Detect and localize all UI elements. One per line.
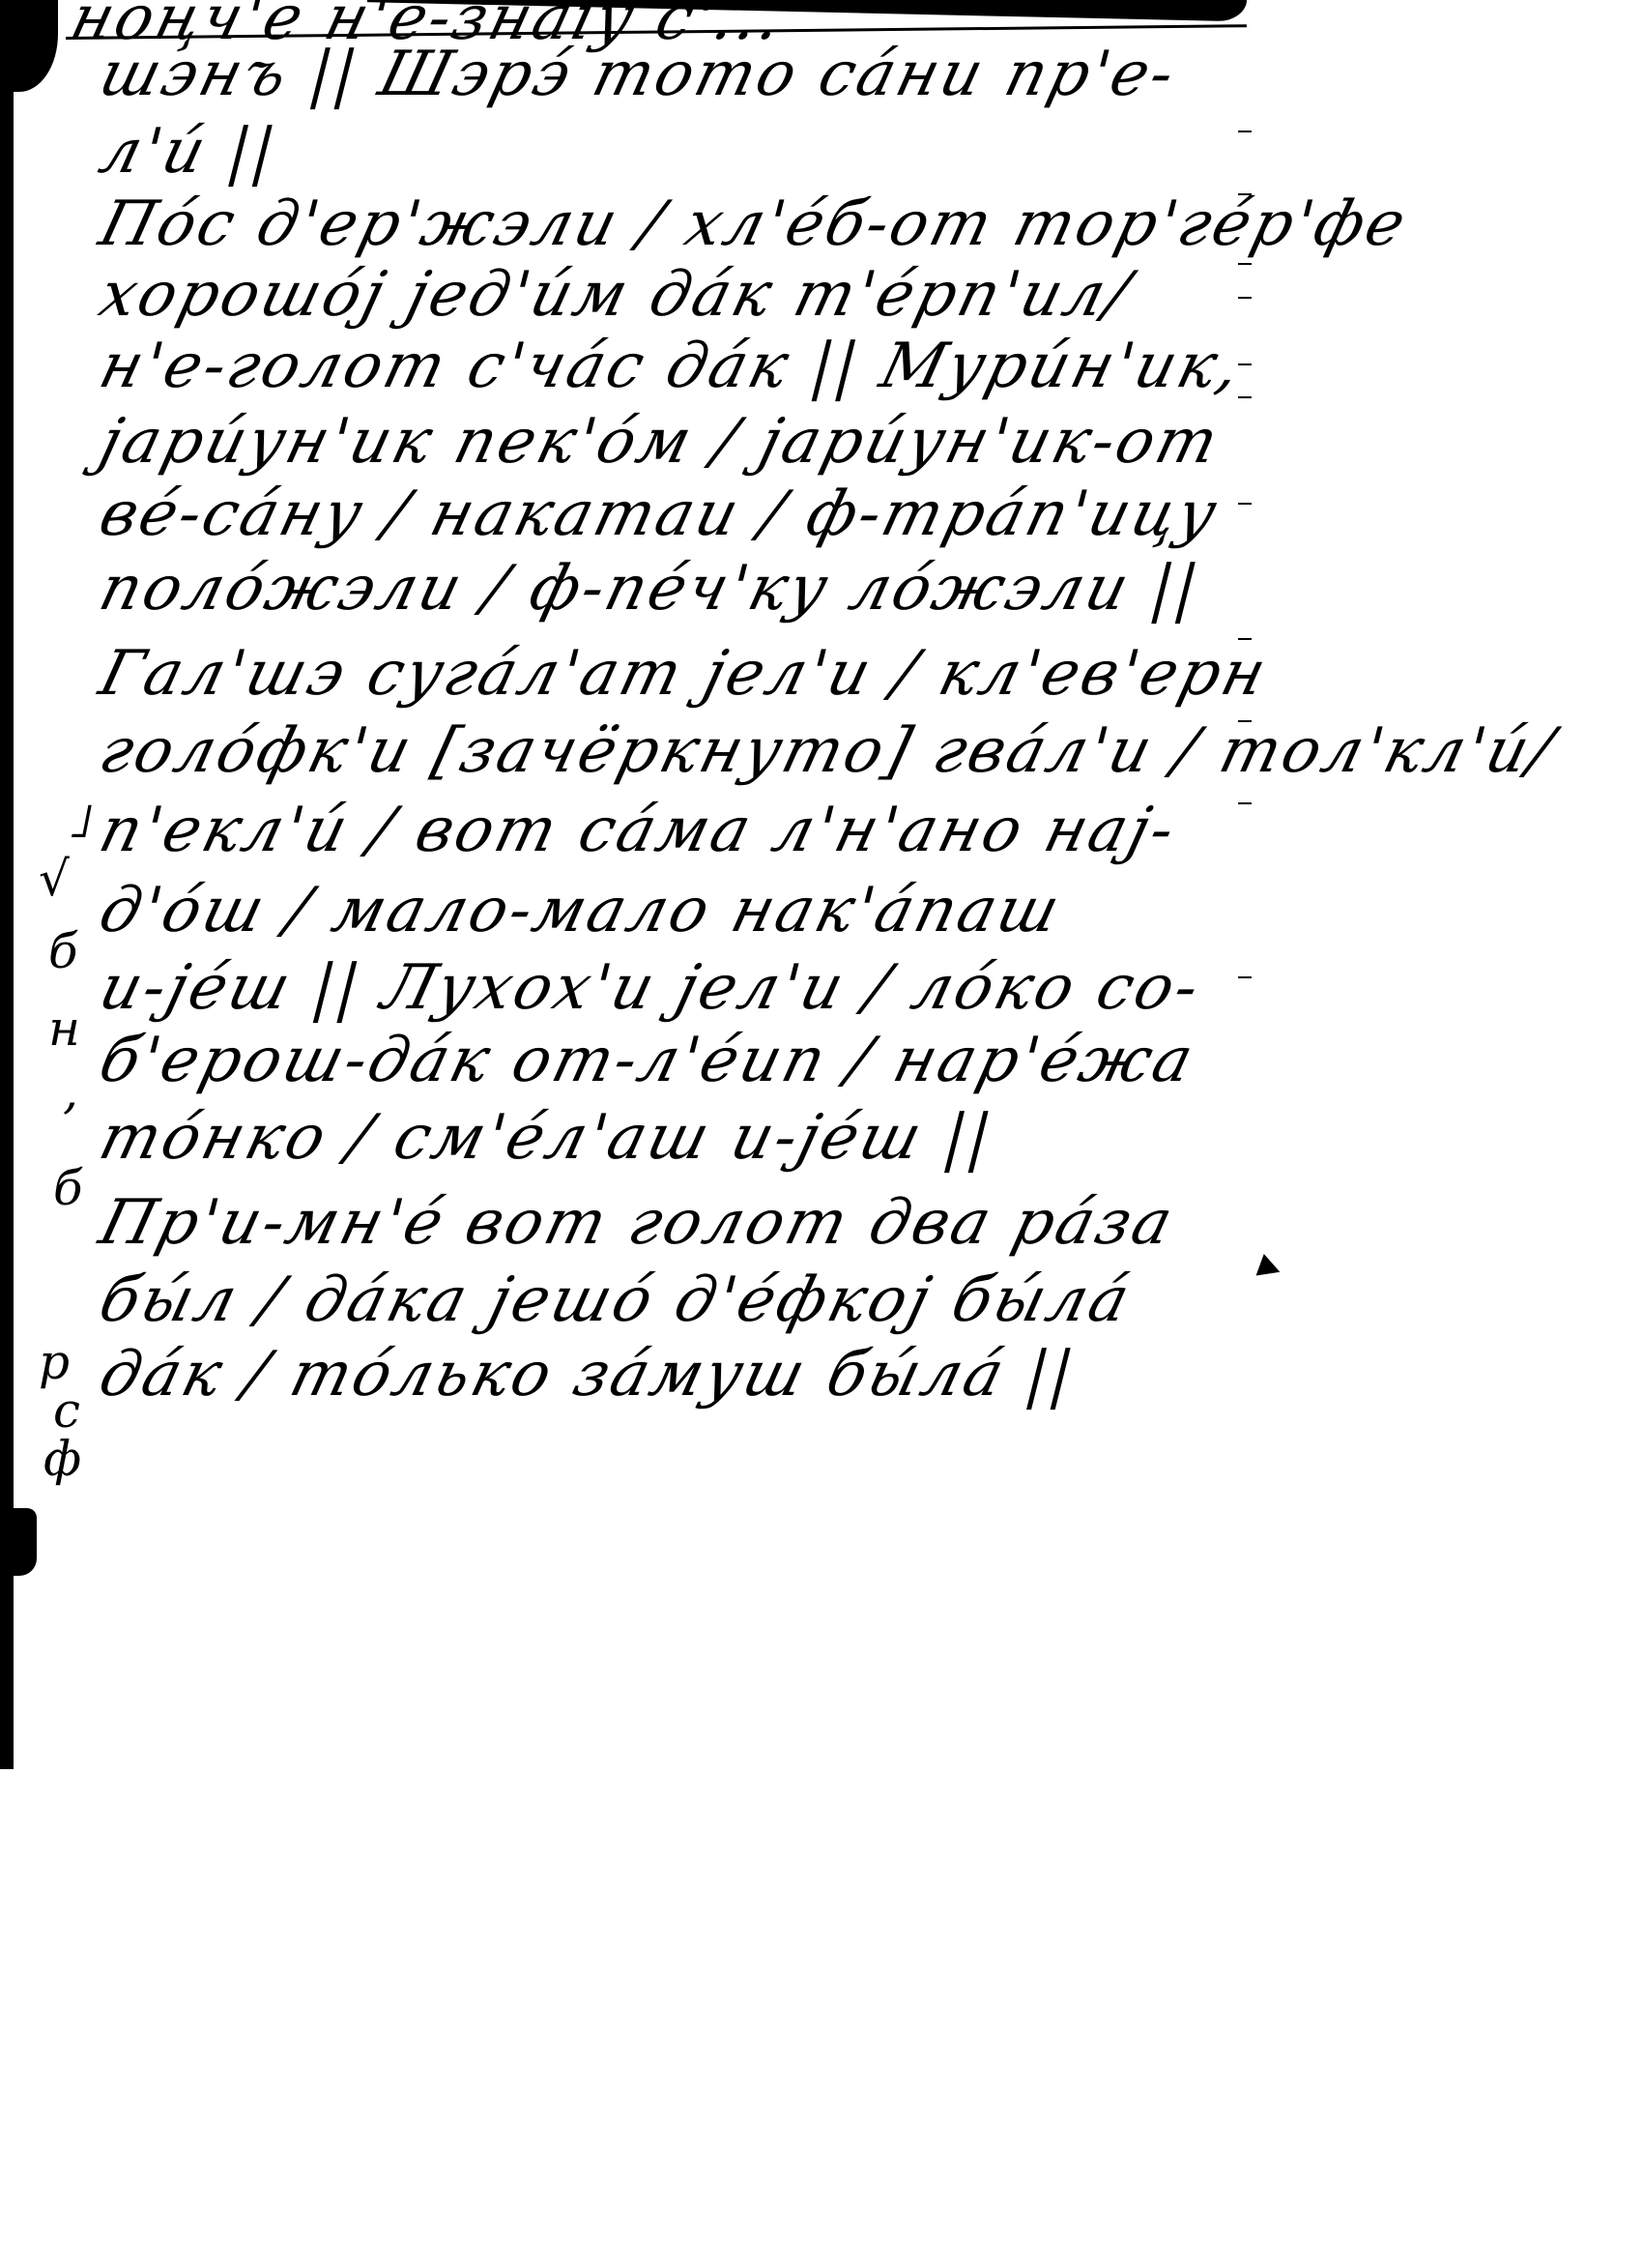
text-line-6: jари́ун'ик пек'о́м / jари́ун'ик-от (93, 406, 1227, 478)
text-line-1: шэнъ || Шэрэ́ тото са́ни пр'е- (93, 39, 1184, 110)
margin-note-letter: б (53, 1160, 83, 1216)
margin-tick (1238, 396, 1252, 398)
margin-tick (1238, 263, 1252, 265)
margin-tick (1238, 976, 1252, 978)
text-line-16: Пр'и-мн'е́ вот голот два ра́за (93, 1187, 1182, 1259)
margin-note-letter: ф (43, 1431, 81, 1487)
scan-shadow-top-left (0, 0, 58, 92)
margin-tick (1238, 131, 1252, 132)
margin-arrow-mark (1256, 1254, 1284, 1283)
text-line-4: хорошо́j jед'и́м да́к т'е́рп'ил/ (93, 259, 1139, 331)
margin-tick (1238, 297, 1252, 299)
text-line-7: ве́-са́ну / накатаи / ф-тра́п'ицу (93, 479, 1226, 550)
margin-tick (1238, 193, 1252, 195)
text-line-2: л'и́ || (93, 116, 285, 188)
scanned-page: ноңч'е н'е-знаiу с'... шэнъ || Шэрэ́ тот… (0, 0, 1643, 2268)
text-line-11: п'екл'и́ / вот са́ма л'н'ано наj- (93, 795, 1185, 866)
margin-tick (1238, 503, 1252, 505)
text-line-15: то́нко / см'е́л'аш и-jе́ш || (93, 1102, 1001, 1174)
text-line-5: н'е-голот с'ча́с да́к || Мури́н'ик, (93, 331, 1251, 402)
margin-note-letter: б (48, 923, 78, 979)
text-line-18: да́к / то́лько за́муш бы́ла́ || (93, 1339, 1083, 1410)
text-line-10: голо́фк'и [зачёркнуто] гва́л'и / тол'кл'… (93, 715, 1563, 787)
margin-tick (1238, 363, 1252, 365)
scan-shadow-bottom-left (0, 1508, 37, 1576)
margin-note-letter: н (48, 1001, 80, 1057)
margin-note-tick: ˩ (70, 793, 94, 849)
margin-note-mark: , (63, 1063, 78, 1119)
scan-edge-left (0, 0, 14, 1769)
text-line-14: б'ерош-да́к от-л'е́ип / нар'е́жа (93, 1025, 1202, 1096)
text-line-3: По́с д'ер'жэли / хл'е́б-от тор'ге́р'фе (93, 189, 1415, 260)
text-line-12: д'о́ш / мало-мало нак'а́паш (93, 875, 1069, 946)
margin-tick (1238, 802, 1252, 804)
text-line-8: поло́жэли / ф-пе́ч'ку ло́жэли || (93, 553, 1209, 625)
margin-tick (1238, 720, 1252, 722)
text-line-17: бы́л / да́ка jешо́ д'е́фкоj бы́ла́ (93, 1265, 1139, 1336)
margin-tick (1238, 638, 1252, 640)
margin-note-check: √ (39, 851, 70, 907)
text-line-9: Гал'шэ суга́л'ат jел'и / кл'ев'ерн (93, 638, 1276, 710)
text-line-13: и-jе́ш || Лухох'и jел'и / ло́ко со- (93, 952, 1209, 1024)
